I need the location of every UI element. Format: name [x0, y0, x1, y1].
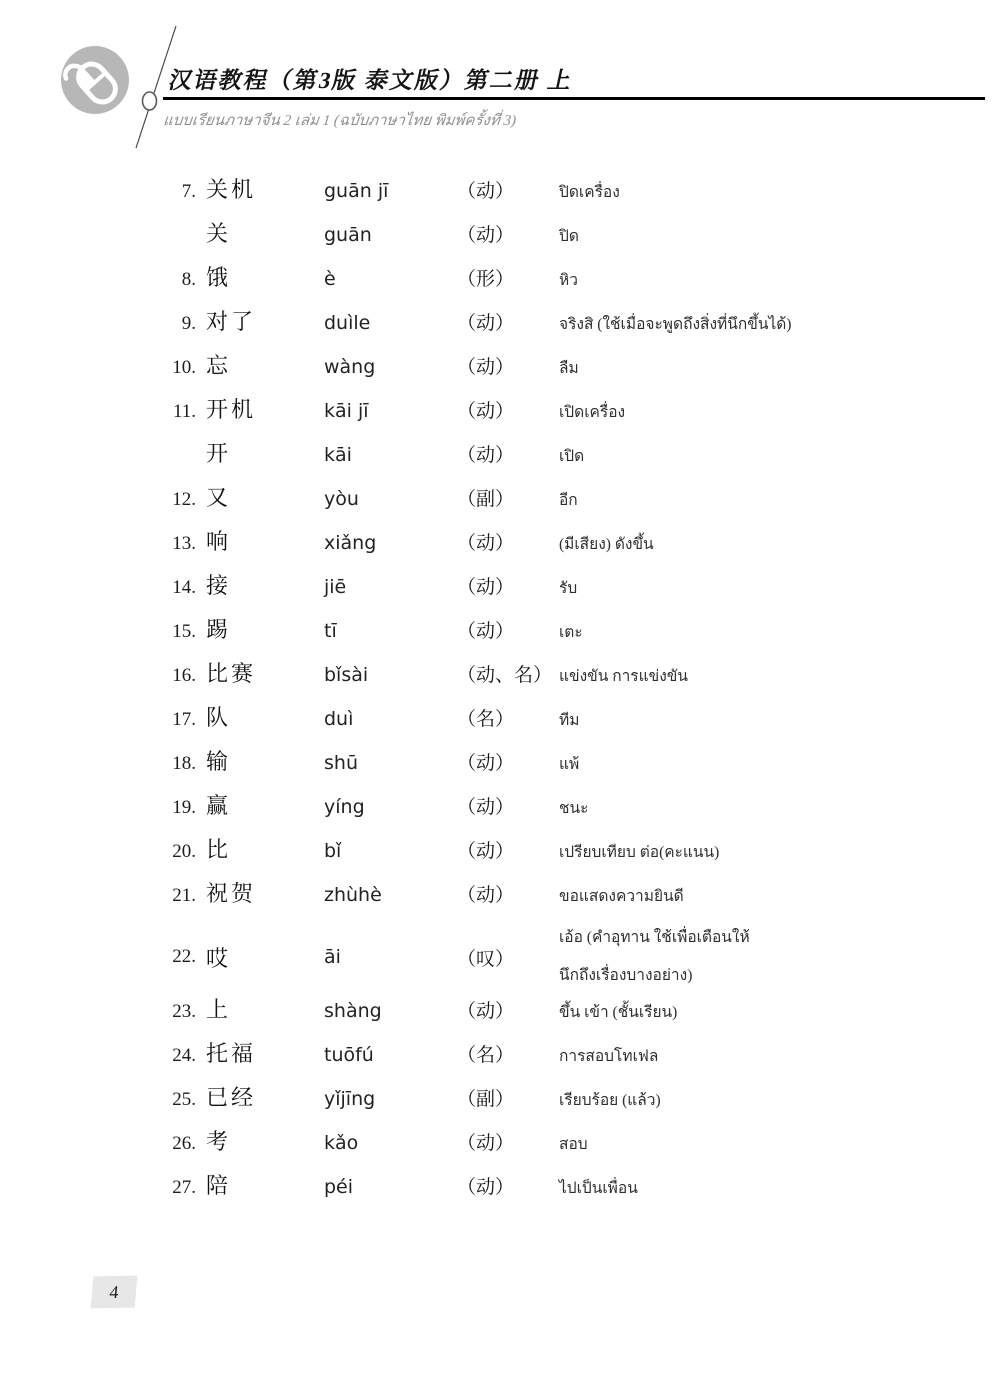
vocab-part-of-speech: （名）	[457, 1040, 559, 1067]
vocab-number: 22.	[140, 946, 196, 968]
vocab-pinyin: péi	[324, 1176, 457, 1198]
vocab-thai-meaning: เตะ	[559, 621, 583, 644]
vocab-thai-meaning: (มีเสียง) ดังขึ้น	[559, 533, 654, 556]
vocab-row: 19. 赢 yíng （动） ชนะ	[140, 789, 990, 833]
vocab-hanzi: 忘	[206, 349, 324, 380]
vocab-pinyin: tī	[324, 620, 457, 642]
vocab-number: 9.	[140, 313, 196, 335]
vocab-thai-meaning: ทีม	[559, 709, 579, 732]
vocab-number: 16.	[140, 665, 196, 687]
vocab-number: 18.	[140, 753, 196, 775]
vocab-part-of-speech: （叹）	[457, 944, 559, 971]
vocab-row: 10. 忘 wàng （动） ลืม	[140, 349, 990, 393]
vocab-hanzi: 考	[206, 1125, 324, 1156]
vocab-thai-meaning: ปิด	[559, 225, 579, 248]
vocab-hanzi: 比	[206, 833, 324, 864]
vocab-hanzi: 陪	[206, 1169, 324, 1200]
vocab-thai-meaning: แข่งขัน การแข่งขัน	[559, 665, 688, 688]
vocab-part-of-speech: （动）	[457, 220, 559, 247]
vocab-part-of-speech: （动）	[457, 616, 559, 643]
vocab-part-of-speech: （副）	[457, 1084, 559, 1111]
vocab-part-of-speech: （动）	[457, 996, 559, 1023]
vocab-part-of-speech: （动）	[457, 528, 559, 555]
vocab-row: 开 kāi （动） เปิด	[140, 437, 990, 481]
vocab-number: 24.	[140, 1045, 196, 1067]
vocab-pinyin: duìle	[324, 312, 457, 334]
page-number-badge: 4	[91, 1276, 138, 1309]
vocab-row: 17. 队 duì （名） ทีม	[140, 701, 990, 745]
vocab-number: 10.	[140, 357, 196, 379]
vocab-hanzi: 上	[206, 993, 324, 1024]
vocab-pinyin: shū	[324, 752, 457, 774]
vocab-thai-meaning: ไปเป็นเพื่อน	[559, 1177, 638, 1200]
vocab-part-of-speech: （名）	[457, 704, 559, 731]
vocab-row: 11. 开机 kāi jī （动） เปิดเครื่อง	[140, 393, 990, 437]
book-subtitle-thai: แบบเรียนภาษาจีน 2 เล่ม 1 (ฉบับภาษาไทย พิ…	[162, 108, 517, 132]
vocab-part-of-speech: （动）	[457, 1128, 559, 1155]
vocab-thai-meaning: เปิดเครื่อง	[559, 401, 625, 424]
vocab-thai-meaning: หิว	[559, 269, 578, 292]
vocab-thai-meaning: การสอบโทเฟล	[559, 1045, 658, 1068]
vocab-pinyin: yíng	[324, 796, 457, 818]
vocab-hanzi: 队	[206, 701, 324, 732]
vocab-part-of-speech: （动）	[457, 880, 559, 907]
vocab-part-of-speech: （动）	[457, 396, 559, 423]
vocab-row: 8. 饿 è （形） หิว	[140, 261, 990, 305]
vocab-part-of-speech: （动）	[457, 352, 559, 379]
vocab-hanzi: 又	[206, 481, 324, 512]
vocab-row: 关 guān （动） ปิด	[140, 217, 990, 261]
vocab-row: 7. 关机 guān jī （动） ปิดเครื่อง	[140, 173, 990, 217]
vocab-number: 21.	[140, 885, 196, 907]
vocab-part-of-speech: （动）	[457, 792, 559, 819]
book-title: 汉语教程（第3版 泰文版）第二册 上	[166, 62, 577, 95]
vocab-pinyin: bǐ	[324, 840, 457, 862]
vocab-part-of-speech: （形）	[457, 264, 559, 291]
vocab-pinyin: xiǎng	[324, 532, 457, 554]
vocab-thai-meaning: จริงสิ (ใช้เมื่อจะพูดถึงสิ่งที่นึกขึ้นได…	[559, 313, 791, 336]
vocab-part-of-speech: （动）	[457, 440, 559, 467]
vocab-pinyin: shàng	[324, 1000, 457, 1022]
vocab-hanzi: 赢	[206, 789, 324, 820]
vocab-pinyin: è	[324, 268, 457, 290]
vocab-number: 19.	[140, 797, 196, 819]
vocab-thai-meaning: เปิด	[559, 445, 584, 468]
vocab-pinyin: jiē	[324, 576, 457, 598]
vocab-list: 7. 关机 guān jī （动） ปิดเครื่อง 关 guān （动） …	[140, 173, 990, 1213]
vocab-row: 27. 陪 péi （动） ไปเป็นเพื่อน	[140, 1169, 990, 1213]
vocab-row: 26. 考 kǎo （动） สอบ	[140, 1125, 990, 1169]
vocab-number: 15.	[140, 621, 196, 643]
vocab-number: 11.	[140, 401, 196, 423]
vocab-row: 23. 上 shàng （动） ขึ้น เข้า (ชั้นเรียน)	[140, 993, 990, 1037]
vocab-number: 7.	[140, 181, 196, 203]
vocab-number: 17.	[140, 709, 196, 731]
vocab-row: 14. 接 jiē （动） รับ	[140, 569, 990, 613]
vocab-row: 22. 哎 āi （叹） เอ้อ (คำอุทาน ใช้เพื่อเตือน…	[140, 921, 990, 993]
vocab-pinyin: yòu	[324, 488, 457, 510]
vocab-row: 25. 已经 yǐjīng （副） เรียบร้อย (แล้ว)	[140, 1081, 990, 1125]
header-divider	[163, 97, 985, 100]
vocab-part-of-speech: （动）	[457, 308, 559, 335]
vocab-thai-meaning: อีก	[559, 489, 578, 512]
vocab-number: 14.	[140, 577, 196, 599]
vocab-thai-meaning: ปิดเครื่อง	[559, 181, 620, 204]
vocab-hanzi: 开	[206, 437, 324, 468]
vocab-pinyin: āi	[324, 946, 457, 968]
vocab-thai-meaning: ลืม	[559, 357, 579, 380]
vocab-hanzi: 已经	[206, 1081, 324, 1112]
vocab-number: 26.	[140, 1133, 196, 1155]
vocab-pinyin: bǐsài	[324, 664, 457, 686]
vocab-hanzi: 输	[206, 745, 324, 776]
vocab-thai-meaning: ชนะ	[559, 797, 588, 820]
vocab-pinyin: wàng	[324, 356, 457, 378]
vocab-pinyin: yǐjīng	[324, 1088, 457, 1110]
vocab-part-of-speech: （动）	[457, 1172, 559, 1199]
vocab-thai-meaning: ขึ้น เข้า (ชั้นเรียน)	[559, 1001, 677, 1024]
vocab-hanzi: 踢	[206, 613, 324, 644]
vocab-number: 20.	[140, 841, 196, 863]
vocab-thai-meaning: สอบ	[559, 1133, 588, 1156]
vocab-thai-meaning: เอ้อ (คำอุทาน ใช้เพื่อเตือนให้ นึกถึงเรื…	[559, 919, 750, 995]
vocab-hanzi: 对了	[206, 305, 324, 336]
vocab-number: 27.	[140, 1177, 196, 1199]
vocab-number: 12.	[140, 489, 196, 511]
vocab-row: 9. 对了 duìle （动） จริงสิ (ใช้เมื่อจะพูดถึง…	[140, 305, 990, 349]
page-number: 4	[109, 1281, 120, 1302]
vocab-part-of-speech: （副）	[457, 484, 559, 511]
vocab-row: 21. 祝贺 zhùhè （动） ขอแสดงความยินดี	[140, 877, 990, 921]
vocab-pinyin: kāi	[324, 444, 457, 466]
vocab-pinyin: guān jī	[324, 180, 457, 202]
vocab-row: 18. 输 shū （动） แพ้	[140, 745, 990, 789]
vocab-hanzi: 关	[206, 217, 324, 248]
vocab-hanzi: 比赛	[206, 657, 324, 688]
vocab-thai-meaning: เปรียบเทียบ ต่อ(คะแนน)	[559, 841, 719, 864]
vocab-number: 8.	[140, 269, 196, 291]
vocab-hanzi: 哎	[206, 942, 324, 973]
vocab-pinyin: zhùhè	[324, 884, 457, 906]
vocab-hanzi: 响	[206, 525, 324, 556]
vocab-row: 13. 响 xiǎng （动） (มีเสียง) ดังขึ้น	[140, 525, 990, 569]
vocab-row: 20. 比 bǐ （动） เปรียบเทียบ ต่อ(คะแนน)	[140, 833, 990, 877]
vocab-thai-meaning: เรียบร้อย (แล้ว)	[559, 1089, 661, 1112]
vocab-hanzi: 接	[206, 569, 324, 600]
vocab-row: 24. 托福 tuōfú （名） การสอบโทเฟล	[140, 1037, 990, 1081]
textbook-page: 汉语教程（第3版 泰文版）第二册 上 แบบเรียนภาษาจีน 2 เล่…	[0, 0, 1005, 1400]
vocab-pinyin: kǎo	[324, 1132, 457, 1154]
vocab-thai-meaning: แพ้	[559, 753, 579, 776]
vocab-part-of-speech: （动）	[457, 748, 559, 775]
vocab-part-of-speech: （动、名）	[457, 660, 559, 687]
vocab-part-of-speech: （动）	[457, 176, 559, 203]
vocab-hanzi: 饿	[206, 261, 324, 292]
vocab-row: 15. 踢 tī （动） เตะ	[140, 613, 990, 657]
vocab-row: 12. 又 yòu （副） อีก	[140, 481, 990, 525]
vocab-part-of-speech: （动）	[457, 572, 559, 599]
vocab-pinyin: tuōfú	[324, 1044, 457, 1066]
vocab-pinyin: kāi jī	[324, 400, 457, 422]
vocab-number: 25.	[140, 1089, 196, 1111]
vocab-row: 16. 比赛 bǐsài （动、名） แข่งขัน การแข่งขัน	[140, 657, 990, 701]
vocab-hanzi: 托福	[206, 1037, 324, 1068]
vocab-hanzi: 关机	[206, 173, 324, 204]
vocab-pinyin: guān	[324, 224, 457, 246]
publisher-mouse-logo-icon	[60, 45, 130, 115]
vocab-number: 13.	[140, 533, 196, 555]
vocab-number: 23.	[140, 1001, 196, 1023]
vocab-pinyin: duì	[324, 708, 457, 730]
vocab-hanzi: 开机	[206, 393, 324, 424]
vocab-hanzi: 祝贺	[206, 877, 324, 908]
vocab-thai-meaning: ขอแสดงความยินดี	[559, 885, 684, 908]
vocab-thai-meaning: รับ	[559, 577, 577, 600]
vocab-part-of-speech: （动）	[457, 836, 559, 863]
